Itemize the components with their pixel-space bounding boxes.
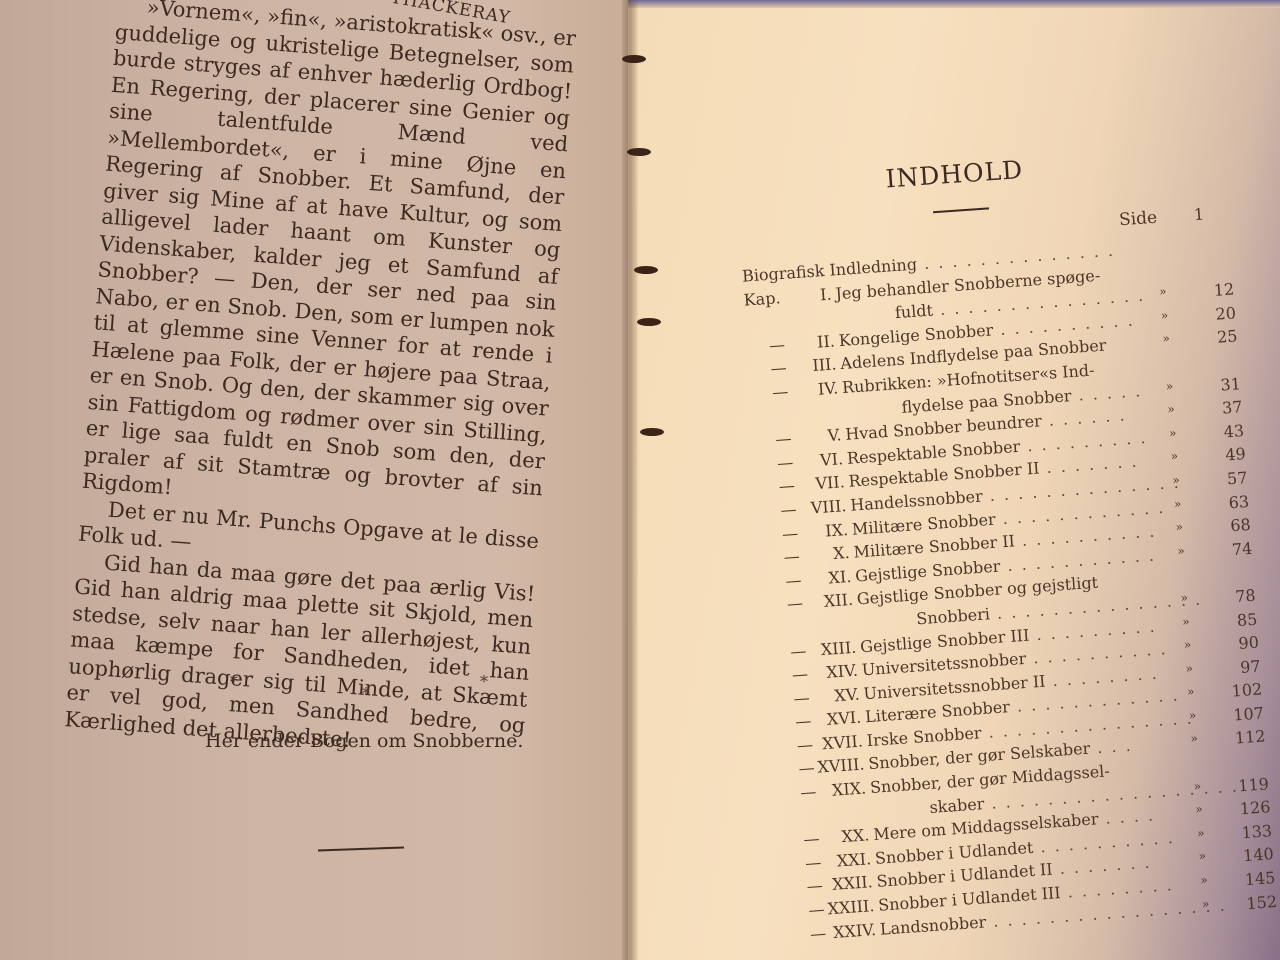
ditto-dash: — [803,829,820,849]
page-number: 78 [1211,586,1256,608]
ditto-dash: — [790,641,807,661]
chapter-numeral: XXII. [832,873,874,895]
page-number: 102 [1218,680,1263,702]
chapter-numeral: XIII. [820,637,857,658]
ditto-dash: — [793,688,810,708]
toc-list: Biografisk Indledning . . . . . . . . . … [741,232,1280,949]
ditto-mark: » [1172,473,1180,487]
ditto-mark: » [1170,449,1178,463]
leader-dots: . . . [1090,736,1134,758]
page-number: 25 [1193,327,1238,349]
ditto-mark: » [1174,496,1182,510]
ditto-mark: » [1187,685,1195,699]
ditto-dash: — [795,711,812,731]
ditto-mark: » [1193,779,1201,793]
page-number: 107 [1219,703,1264,725]
chapter-title-text: Snobberi [916,604,991,628]
chapter-numeral: XXIII. [827,896,875,918]
ditto-dash: — [806,876,823,896]
ditto-dash: — [780,499,797,519]
page-number: 145 [1231,868,1276,890]
ditto-mark: » [1167,402,1175,416]
chapter-numeral: XVII. [822,731,864,753]
left-page-body: »Vornem«, »fin«, »aristokratisk« osv., e… [64,0,577,766]
ditto-mark: » [1197,826,1205,840]
page-number: 37 [1198,397,1243,419]
ditto-mark: » [1165,379,1173,393]
ditto-dash: — [808,900,825,920]
ditto-mark: » [1159,284,1167,298]
ditto-mark: » [1190,732,1198,746]
chapter-numeral: XV. [834,684,860,705]
page-number: 90 [1214,633,1259,655]
binding-stitch [622,55,646,63]
side-label: Side [1118,208,1157,231]
kap-label: Kap. [743,288,781,310]
ditto-mark: » [1201,896,1209,910]
chapter-numeral: IX. [825,520,849,541]
chapter-numeral: XVI. [826,708,862,729]
ditto-mark: » [1169,426,1177,440]
ditto-dash: — [768,335,785,355]
binding-stitch [640,428,664,436]
closing-line: Her ender Bogen om Snobberne. [205,730,523,752]
ditto-mark: » [1180,590,1188,604]
ditto-dash: — [781,523,798,543]
binding-stitch [634,266,658,274]
ditto-dash: — [798,758,815,778]
asterisk: * [362,684,370,703]
leader-dots: . . . . [1098,806,1156,829]
asterisk: * [230,672,238,691]
page-number: 57 [1203,468,1248,490]
page-number: 140 [1229,845,1274,867]
ditto-dash: — [796,735,813,755]
ditto-dash: — [778,476,795,496]
chapter-title-text: fuldt [894,301,933,323]
page-number: 63 [1204,491,1249,513]
chapter-numeral: XI. [828,567,852,588]
chapter-numeral: I. [819,284,832,304]
paragraph: guddelige og ukristelige Betegnelser, so… [81,18,575,527]
section-separator: * * * [230,672,500,702]
book-gutter [622,0,638,960]
page-number: 20 [1191,303,1236,325]
chapter-title-text: skaber [929,794,985,817]
ditto-mark: » [1175,520,1183,534]
ditto-dash: — [770,358,787,378]
intro-page-number: 1 [1193,204,1204,224]
ditto-dash: — [786,594,803,614]
page-number: 119 [1224,774,1269,796]
ditto-mark: » [1177,543,1185,557]
ditto-dash: — [800,782,817,802]
ditto-mark: » [1188,708,1196,722]
ditto-mark: » [1162,331,1170,345]
page-number: 68 [1206,515,1251,537]
ditto-dash: — [805,853,822,873]
page-number: 43 [1199,421,1244,443]
page-number: 97 [1216,656,1261,678]
binding-stitch [637,318,661,326]
chapter-numeral: II. [816,331,835,351]
page-number: 85 [1213,609,1258,631]
ditto-dash: — [783,547,800,567]
page-number: 31 [1196,374,1241,396]
chapter-numeral: VII. [815,472,846,493]
ditto-dash: — [785,570,802,590]
chapter-numeral: IV. [817,378,838,398]
page-number: 112 [1221,727,1266,749]
ditto-mark: » [1160,308,1168,322]
chapter-numeral: XIV. [826,661,859,682]
ditto-dash: — [777,452,794,472]
page-number: 74 [1208,539,1253,561]
chapter-numeral: VIII. [810,496,847,517]
ditto-dash: — [791,664,808,684]
ditto-mark: » [1195,802,1203,816]
leader-dots: . . . . . [1071,381,1143,405]
chapter-numeral: VI. [819,449,843,470]
page-number: 152 [1232,892,1277,914]
ditto-dash: — [772,382,789,402]
chapter-numeral: XXI. [836,849,871,870]
chapter-numeral: XIX. [831,778,866,799]
binding-stitch [627,148,651,156]
chapter-numeral: III. [812,355,837,376]
page-top-shadow [628,0,1280,8]
ditto-mark: » [1185,661,1193,675]
chapter-numeral: V. [827,425,842,445]
ditto-dash: — [809,923,826,943]
chapter-numeral: X. [833,543,851,563]
page-number: 49 [1201,444,1246,466]
ditto-dash: — [775,429,792,449]
chapter-numeral: XXIV. [832,920,876,942]
page-number: 126 [1226,797,1271,819]
page-number: 133 [1227,821,1272,843]
chapter-numeral: XVIII. [817,755,865,777]
ditto-mark: » [1182,614,1190,628]
asterisk: * [480,672,488,691]
ditto-mark: » [1183,637,1191,651]
ditto-mark: » [1200,873,1208,887]
chapter-numeral: XX. [841,826,870,847]
chapter-numeral: XII. [823,590,853,611]
page-number: 12 [1190,280,1235,302]
ditto-mark: » [1198,849,1206,863]
